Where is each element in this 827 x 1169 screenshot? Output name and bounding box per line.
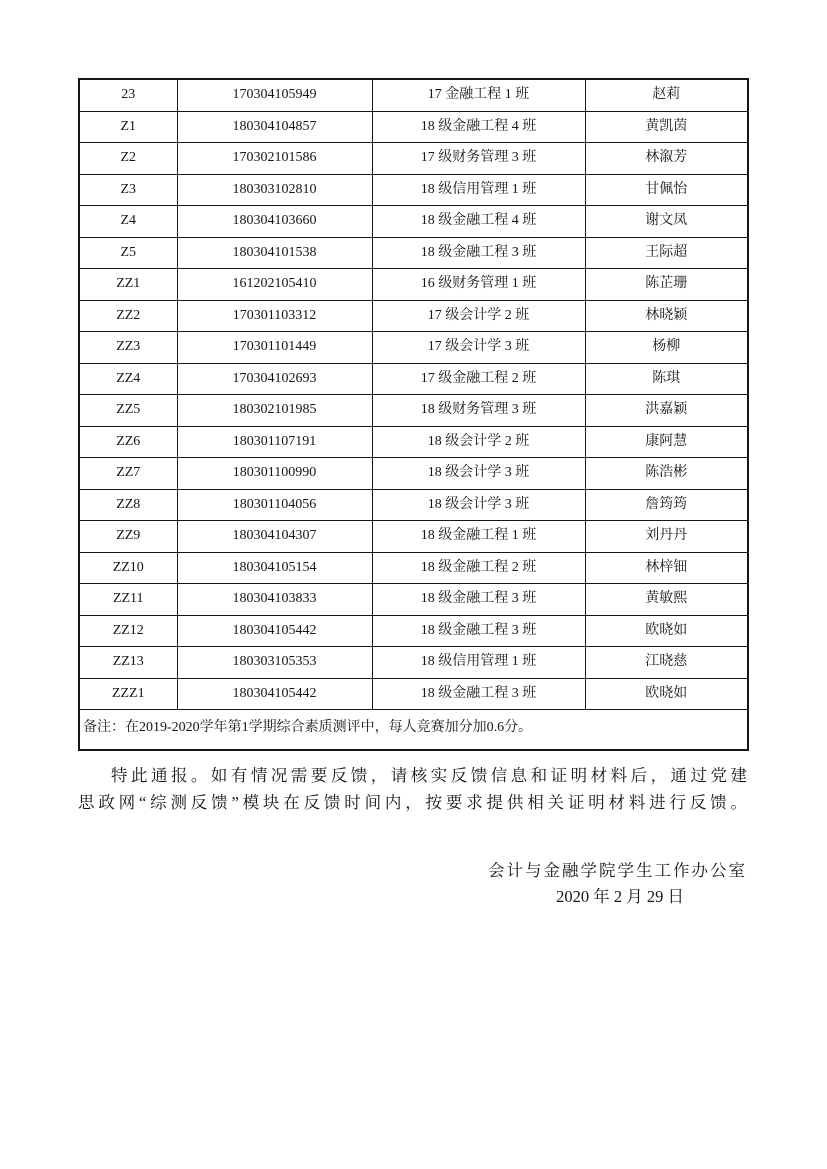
cell-serial: Z4 xyxy=(79,206,177,238)
cell-serial: ZZ2 xyxy=(79,300,177,332)
cell-student-id: 170302101586 xyxy=(177,143,372,175)
cell-serial: ZZ11 xyxy=(79,584,177,616)
cell-serial: ZZ8 xyxy=(79,489,177,521)
cell-serial: ZZ7 xyxy=(79,458,177,490)
cell-name: 康阿慧 xyxy=(585,426,748,458)
table-row: ZZ4 170304102693 17 级金融工程 2 班 陈琪 xyxy=(79,363,748,395)
closing-paragraph: 特此通报。如有情况需要反馈，请核实反馈信息和证明材料后，通过党建 思政网“综测反… xyxy=(78,763,747,816)
document-page: 23 170304105949 17 金融工程 1 班 赵莉 Z1 180304… xyxy=(0,0,827,1169)
student-roster-table: 23 170304105949 17 金融工程 1 班 赵莉 Z1 180304… xyxy=(78,78,749,751)
cell-serial: ZZ9 xyxy=(79,521,177,553)
cell-class: 18 级金融工程 2 班 xyxy=(372,552,585,584)
cell-name: 黄凯茵 xyxy=(585,111,748,143)
cell-name: 洪嘉颖 xyxy=(585,395,748,427)
cell-name: 陈浩彬 xyxy=(585,458,748,490)
cell-student-id: 180301104056 xyxy=(177,489,372,521)
cell-class: 16 级财务管理 1 班 xyxy=(372,269,585,301)
cell-student-id: 180301100990 xyxy=(177,458,372,490)
cell-class: 18 级金融工程 4 班 xyxy=(372,111,585,143)
cell-name: 王际超 xyxy=(585,237,748,269)
table-row: ZZ11 180304103833 18 级金融工程 3 班 黄敏熙 xyxy=(79,584,748,616)
paragraph-line-1: 特此通报。如有情况需要反馈，请核实反馈信息和证明材料后，通过党建 xyxy=(78,763,747,790)
cell-student-id: 161202105410 xyxy=(177,269,372,301)
note-row: 备注：在2019-2020学年第1学期综合素质测评中，每人竞赛加分加0.6分。 xyxy=(79,710,748,751)
table-row: ZZ6 180301107191 18 级会计学 2 班 康阿慧 xyxy=(79,426,748,458)
cell-serial: Z2 xyxy=(79,143,177,175)
table-row: ZZZ1 180304105442 18 级金融工程 3 班 欧晓如 xyxy=(79,678,748,710)
cell-class: 18 级金融工程 3 班 xyxy=(372,678,585,710)
cell-serial: ZZ13 xyxy=(79,647,177,679)
cell-student-id: 180301107191 xyxy=(177,426,372,458)
table-row: ZZ13 180303105353 18 级信用管理 1 班 江晓慈 xyxy=(79,647,748,679)
signature-block: 会计与金融学院学生工作办公室 2020 年 2 月 29 日 xyxy=(78,858,747,910)
cell-student-id: 170304105949 xyxy=(177,79,372,111)
cell-serial: ZZ1 xyxy=(79,269,177,301)
cell-student-id: 180303105353 xyxy=(177,647,372,679)
cell-class: 17 级会计学 2 班 xyxy=(372,300,585,332)
cell-serial: ZZ4 xyxy=(79,363,177,395)
cell-serial: Z1 xyxy=(79,111,177,143)
cell-class: 18 级金融工程 1 班 xyxy=(372,521,585,553)
table-row: ZZ1 161202105410 16 级财务管理 1 班 陈芷珊 xyxy=(79,269,748,301)
cell-class: 18 级会计学 3 班 xyxy=(372,489,585,521)
cell-name: 甘佩怡 xyxy=(585,174,748,206)
cell-student-id: 180304101538 xyxy=(177,237,372,269)
cell-name: 黄敏熙 xyxy=(585,584,748,616)
cell-serial: ZZ5 xyxy=(79,395,177,427)
cell-student-id: 180303102810 xyxy=(177,174,372,206)
cell-student-id: 180304105442 xyxy=(177,615,372,647)
table-row: ZZ5 180302101985 18 级财务管理 3 班 洪嘉颖 xyxy=(79,395,748,427)
cell-serial: ZZZ1 xyxy=(79,678,177,710)
cell-name: 陈琪 xyxy=(585,363,748,395)
table-row: ZZ10 180304105154 18 级金融工程 2 班 林梓钿 xyxy=(79,552,748,584)
cell-name: 詹筠筠 xyxy=(585,489,748,521)
cell-serial: Z5 xyxy=(79,237,177,269)
cell-student-id: 180304104307 xyxy=(177,521,372,553)
signature-date: 2020 年 2 月 29 日 xyxy=(78,884,747,910)
table-note: 备注：在2019-2020学年第1学期综合素质测评中，每人竞赛加分加0.6分。 xyxy=(79,710,748,751)
table-row: ZZ9 180304104307 18 级金融工程 1 班 刘丹丹 xyxy=(79,521,748,553)
cell-name: 林晓颖 xyxy=(585,300,748,332)
cell-student-id: 180304104857 xyxy=(177,111,372,143)
table-row: Z5 180304101538 18 级金融工程 3 班 王际超 xyxy=(79,237,748,269)
cell-class: 18 级金融工程 3 班 xyxy=(372,584,585,616)
cell-name: 江晓慈 xyxy=(585,647,748,679)
cell-serial: ZZ6 xyxy=(79,426,177,458)
cell-serial: 23 xyxy=(79,79,177,111)
cell-serial: ZZ12 xyxy=(79,615,177,647)
table-row: ZZ8 180301104056 18 级会计学 3 班 詹筠筠 xyxy=(79,489,748,521)
table-row: Z2 170302101586 17 级财务管理 3 班 林溆芳 xyxy=(79,143,748,175)
cell-student-id: 180304103660 xyxy=(177,206,372,238)
cell-serial: ZZ3 xyxy=(79,332,177,364)
cell-class: 18 级信用管理 1 班 xyxy=(372,174,585,206)
cell-class: 18 级财务管理 3 班 xyxy=(372,395,585,427)
cell-serial: ZZ10 xyxy=(79,552,177,584)
table-row: ZZ2 170301103312 17 级会计学 2 班 林晓颖 xyxy=(79,300,748,332)
cell-serial: Z3 xyxy=(79,174,177,206)
cell-name: 谢文凤 xyxy=(585,206,748,238)
cell-name: 陈芷珊 xyxy=(585,269,748,301)
cell-class: 17 级会计学 3 班 xyxy=(372,332,585,364)
cell-student-id: 180304105442 xyxy=(177,678,372,710)
cell-name: 杨柳 xyxy=(585,332,748,364)
table-row: ZZ3 170301101449 17 级会计学 3 班 杨柳 xyxy=(79,332,748,364)
table-row: 23 170304105949 17 金融工程 1 班 赵莉 xyxy=(79,79,748,111)
cell-student-id: 170304102693 xyxy=(177,363,372,395)
cell-class: 18 级金融工程 4 班 xyxy=(372,206,585,238)
cell-student-id: 180304103833 xyxy=(177,584,372,616)
cell-name: 欧晓如 xyxy=(585,615,748,647)
cell-student-id: 170301103312 xyxy=(177,300,372,332)
table-row: ZZ7 180301100990 18 级会计学 3 班 陈浩彬 xyxy=(79,458,748,490)
table-row: Z3 180303102810 18 级信用管理 1 班 甘佩怡 xyxy=(79,174,748,206)
cell-name: 刘丹丹 xyxy=(585,521,748,553)
cell-class: 18 级金融工程 3 班 xyxy=(372,237,585,269)
table-row: Z4 180304103660 18 级金融工程 4 班 谢文凤 xyxy=(79,206,748,238)
cell-class: 17 金融工程 1 班 xyxy=(372,79,585,111)
cell-class: 18 级会计学 3 班 xyxy=(372,458,585,490)
cell-class: 18 级信用管理 1 班 xyxy=(372,647,585,679)
cell-class: 18 级会计学 2 班 xyxy=(372,426,585,458)
table-row: Z1 180304104857 18 级金融工程 4 班 黄凯茵 xyxy=(79,111,748,143)
signature-office: 会计与金融学院学生工作办公室 xyxy=(78,858,747,884)
cell-class: 17 级金融工程 2 班 xyxy=(372,363,585,395)
cell-name: 林溆芳 xyxy=(585,143,748,175)
cell-name: 赵莉 xyxy=(585,79,748,111)
cell-class: 17 级财务管理 3 班 xyxy=(372,143,585,175)
cell-name: 欧晓如 xyxy=(585,678,748,710)
cell-class: 18 级金融工程 3 班 xyxy=(372,615,585,647)
paragraph-line-2: 思政网“综测反馈”模块在反馈时间内，按要求提供相关证明材料进行反馈。 xyxy=(78,790,747,817)
cell-name: 林梓钿 xyxy=(585,552,748,584)
cell-student-id: 180304105154 xyxy=(177,552,372,584)
cell-student-id: 170301101449 xyxy=(177,332,372,364)
cell-student-id: 180302101985 xyxy=(177,395,372,427)
table-row: ZZ12 180304105442 18 级金融工程 3 班 欧晓如 xyxy=(79,615,748,647)
